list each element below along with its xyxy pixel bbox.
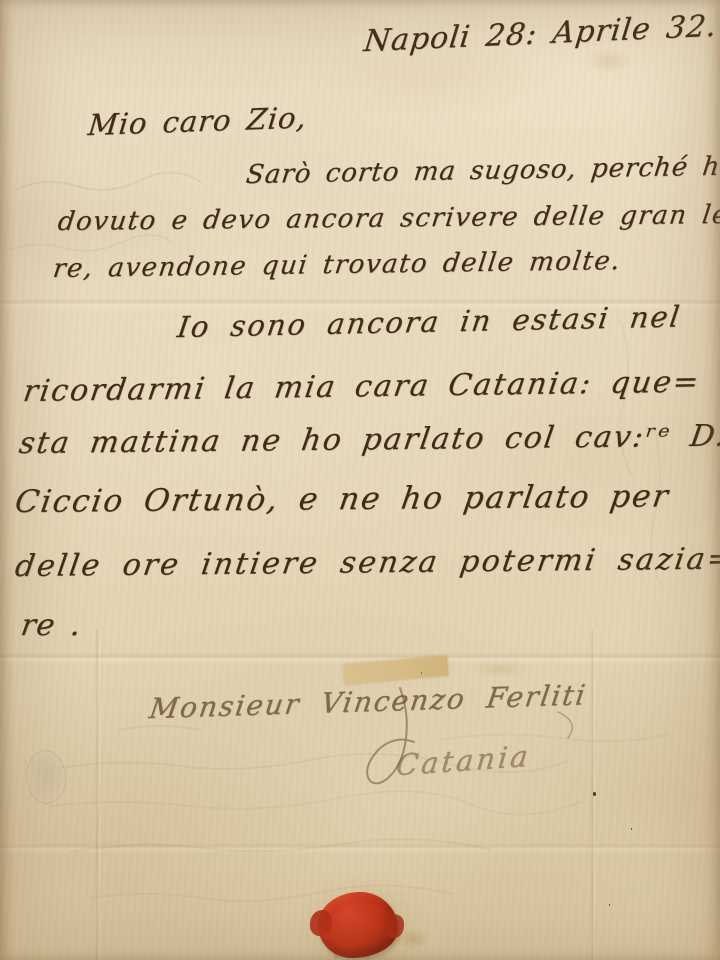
body-line: ricordarmi la mia cara Catania: que=: [21, 365, 703, 410]
body-line: re .: [18, 608, 84, 643]
body-line: re, avendone qui trovato delle molte.: [51, 246, 623, 284]
embossed-oval-stamp-icon: [24, 749, 68, 806]
body-line: Ciccio Ortunò, e ne ho parlato per: [13, 478, 673, 520]
paper-stain: [470, 660, 530, 678]
salutation: Mio caro Zio,: [86, 100, 308, 142]
vertical-fold-crease: [95, 630, 101, 960]
body-line: sta mattina ne ho parlato col cav:ʳᵉ D.: [17, 419, 720, 461]
paper-stain: [586, 48, 632, 74]
body-line: dovuto e devo ancora scrivere delle gran…: [56, 199, 720, 237]
letter-page: Napoli 28: Aprile 32. Mio caro Zio, Sarò…: [0, 0, 720, 960]
address-recipient: Monsieur Vincenzo Ferliti: [147, 678, 589, 725]
tape-repair-strip: [343, 656, 448, 685]
red-wax-seal-icon: [318, 892, 398, 958]
ink-specks: [593, 792, 596, 796]
body-line: Sarò corto ma sugoso, perché ho: [244, 151, 720, 190]
address-city: Catania: [394, 739, 532, 783]
horizontal-fold-crease: [0, 842, 720, 854]
body-line: delle ore intiere senza potermi sazia=: [13, 541, 720, 584]
body-line: Io sono ancora in estasi nel: [175, 299, 683, 344]
dateline: Napoli 28: Aprile 32.: [362, 9, 719, 60]
